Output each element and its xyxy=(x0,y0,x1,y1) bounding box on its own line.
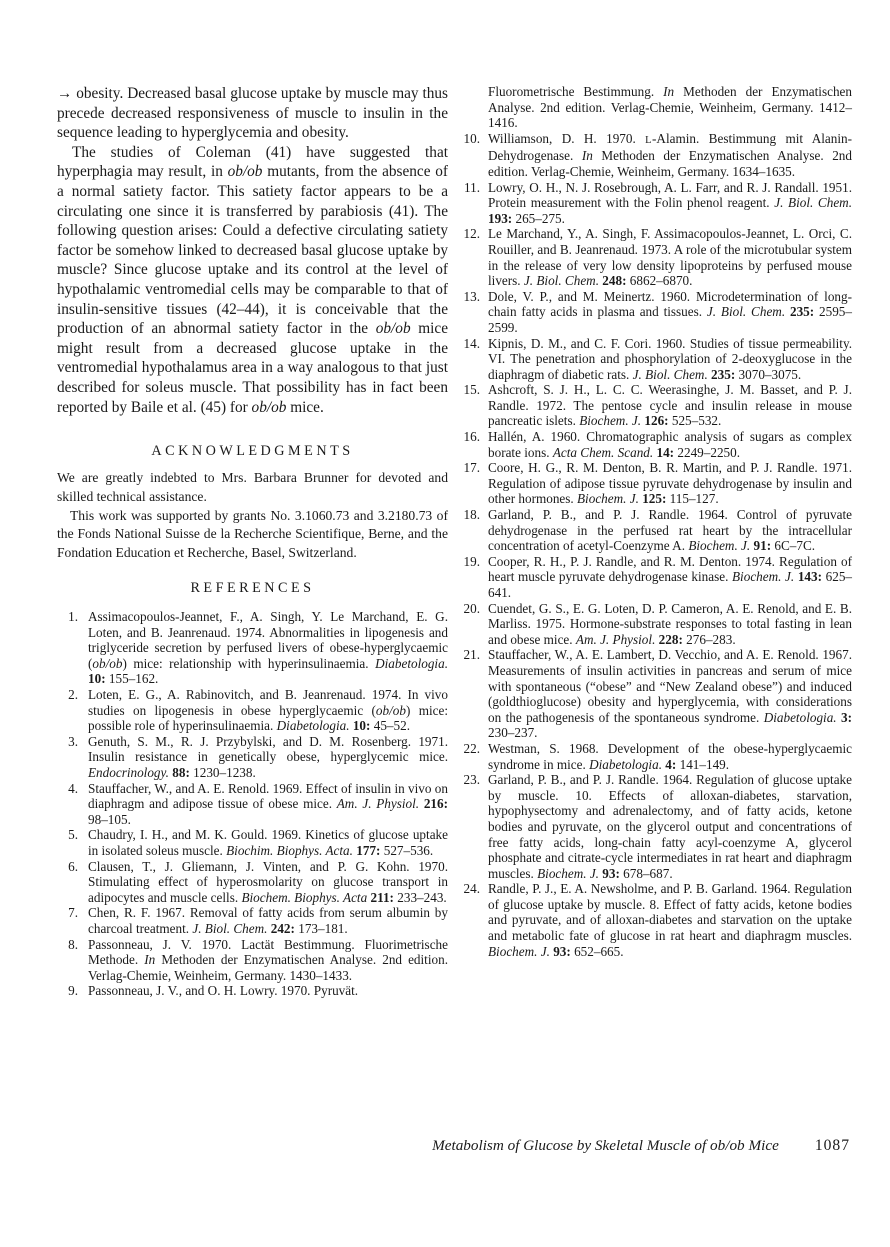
acknowledgment-paragraph: This work was supported by grants No. 3.… xyxy=(57,507,448,563)
reference-text: Ashcroft, S. J. H., L. C. C. Weerasinghe… xyxy=(488,382,852,428)
left-column: → obesity. Decreased basal glucose uptak… xyxy=(57,84,448,999)
reference-number: 13. xyxy=(458,289,480,305)
reference-text: Dole, V. P., and M. Meinertz. 1960. Micr… xyxy=(488,289,852,335)
references-heading: REFERENCES xyxy=(57,580,448,597)
reference-item: 1. Assimacopoulos-Jeannet, F., A. Singh,… xyxy=(57,609,448,687)
journal-page: → obesity. Decreased basal glucose uptak… xyxy=(0,0,890,1247)
reference-number: 20. xyxy=(458,601,480,617)
reference-text: Cooper, R. H., P. J. Randle, and R. M. D… xyxy=(488,554,852,600)
acknowledgments-heading: ACKNOWLEDGMENTS xyxy=(57,443,448,460)
reference-number: 5. xyxy=(57,827,78,843)
reference-item: 6. Clausen, T., J. Gliemann, J. Vinten, … xyxy=(57,859,448,906)
reference-text: Stauffacher, W., A. E. Lambert, D. Vecch… xyxy=(488,647,852,740)
reference-number: 17. xyxy=(458,460,480,476)
reference-item: 9. Passonneau, J. V., and O. H. Lowry. 1… xyxy=(57,983,448,999)
reference-number: 3. xyxy=(57,734,78,750)
reference-number: 8. xyxy=(57,937,78,953)
reference-item: 4. Stauffacher, W., and A. E. Renold. 19… xyxy=(57,781,448,828)
reference-number: 15. xyxy=(458,382,480,398)
body-paragraph: → obesity. Decreased basal glucose uptak… xyxy=(57,84,448,143)
reference-number: 23. xyxy=(458,772,480,788)
reference-number: 4. xyxy=(57,781,78,797)
acknowledgment-paragraph: We are greatly indebted to Mrs. Barbara … xyxy=(57,469,448,507)
reference-text: Chaudry, I. H., and M. K. Gould. 1969. K… xyxy=(88,827,448,858)
reference-text: Loten, E. G., A. Rabinovitch, and B. Jea… xyxy=(88,687,448,733)
reference-text: Garland, P. B., and P. J. Randle. 1964. … xyxy=(488,507,852,553)
reference-text: Kipnis, D. M., and C. F. Cori. 1960. Stu… xyxy=(488,336,852,382)
reference-text: Williamson, D. H. 1970. L-Alamin. Bestim… xyxy=(488,131,852,179)
reference-item: 15. Ashcroft, S. J. H., L. C. C. Weerasi… xyxy=(458,382,852,429)
reference-item: 13. Dole, V. P., and M. Meinertz. 1960. … xyxy=(458,289,852,336)
reference-item: 17. Coore, H. G., R. M. Denton, B. R. Ma… xyxy=(458,460,852,507)
reference-number: 19. xyxy=(458,554,480,570)
reference-item: 18. Garland, P. B., and P. J. Randle. 19… xyxy=(458,507,852,554)
reference-continuation: Fluorometrische Bestimmung. In Methoden … xyxy=(458,84,852,131)
reference-item: 7. Chen, R. F. 1967. Removal of fatty ac… xyxy=(57,905,448,936)
reference-item: 2. Loten, E. G., A. Rabinovitch, and B. … xyxy=(57,687,448,734)
page-footer: Metabolism of Glucose by Skeletal Muscle… xyxy=(57,1137,850,1155)
reference-text: Hallén, A. 1960. Chromatographic analysi… xyxy=(488,429,852,460)
reference-text: Le Marchand, Y., A. Singh, F. Assimacopo… xyxy=(488,226,852,288)
reference-item: 21. Stauffacher, W., A. E. Lambert, D. V… xyxy=(458,647,852,741)
reference-text: Coore, H. G., R. M. Denton, B. R. Martin… xyxy=(488,460,852,506)
page-number: 1087 xyxy=(815,1137,850,1155)
reference-number: 14. xyxy=(458,336,480,352)
reference-text: Stauffacher, W., and A. E. Renold. 1969.… xyxy=(88,781,448,827)
reference-item: 20. Cuendet, G. S., E. G. Loten, D. P. C… xyxy=(458,601,852,648)
reference-text: Westman, S. 1968. Development of the obe… xyxy=(488,741,852,772)
reference-text: Chen, R. F. 1967. Removal of fatty acids… xyxy=(88,905,448,936)
reference-item: 24. Randle, P. J., E. A. Newsholme, and … xyxy=(458,881,852,959)
reference-item: 14. Kipnis, D. M., and C. F. Cori. 1960.… xyxy=(458,336,852,383)
reference-item: 12. Le Marchand, Y., A. Singh, F. Assima… xyxy=(458,226,852,288)
reference-number: 12. xyxy=(458,226,480,242)
reference-item: 10. Williamson, D. H. 1970. L-Alamin. Be… xyxy=(458,131,852,180)
running-title: Metabolism of Glucose by Skeletal Muscle… xyxy=(432,1137,779,1155)
reference-text: Garland, P. B., and P. J. Randle. 1964. … xyxy=(488,772,852,881)
reference-number: 6. xyxy=(57,859,78,875)
reference-item: 16. Hallén, A. 1960. Chromatographic ana… xyxy=(458,429,852,460)
reference-number: 16. xyxy=(458,429,480,445)
reference-item: 11. Lowry, O. H., N. J. Rosebrough, A. L… xyxy=(458,180,852,227)
reference-number: 2. xyxy=(57,687,78,703)
reference-list-right: 10. Williamson, D. H. 1970. L-Alamin. Be… xyxy=(458,131,852,959)
reference-item: 5. Chaudry, I. H., and M. K. Gould. 1969… xyxy=(57,827,448,858)
reference-number: 9. xyxy=(57,983,78,999)
reference-number: 21. xyxy=(458,647,480,663)
reference-text: Passonneau, J. V., and O. H. Lowry. 1970… xyxy=(88,983,358,998)
reference-list-left: 1. Assimacopoulos-Jeannet, F., A. Singh,… xyxy=(57,609,448,999)
right-column: Fluorometrische Bestimmung. In Methoden … xyxy=(458,84,852,959)
reference-text: Lowry, O. H., N. J. Rosebrough, A. L. Fa… xyxy=(488,180,852,226)
reference-text: Cuendet, G. S., E. G. Loten, D. P. Camer… xyxy=(488,601,852,647)
reference-text: Genuth, S. M., R. J. Przybylski, and D. … xyxy=(88,734,448,780)
reference-text: Randle, P. J., E. A. Newsholme, and P. B… xyxy=(488,881,852,958)
reference-text: Passonneau, J. V. 1970. Lactät Bestimmun… xyxy=(88,937,448,983)
body-paragraph: The studies of Coleman (41) have suggest… xyxy=(57,143,448,417)
reference-number: 10. xyxy=(458,131,480,147)
reference-text: Assimacopoulos-Jeannet, F., A. Singh, Y.… xyxy=(88,609,448,686)
reference-item: 8. Passonneau, J. V. 1970. Lactät Bestim… xyxy=(57,937,448,984)
reference-number: 24. xyxy=(458,881,480,897)
reference-item: 22. Westman, S. 1968. Development of the… xyxy=(458,741,852,772)
reference-number: 18. xyxy=(458,507,480,523)
reference-number: 22. xyxy=(458,741,480,757)
reference-item: 23. Garland, P. B., and P. J. Randle. 19… xyxy=(458,772,852,881)
reference-number: 11. xyxy=(458,180,480,196)
reference-item: 3. Genuth, S. M., R. J. Przybylski, and … xyxy=(57,734,448,781)
reference-number: 1. xyxy=(57,609,78,625)
reference-item: 19. Cooper, R. H., P. J. Randle, and R. … xyxy=(458,554,852,601)
reference-text: Clausen, T., J. Gliemann, J. Vinten, and… xyxy=(88,859,448,905)
reference-number: 7. xyxy=(57,905,78,921)
